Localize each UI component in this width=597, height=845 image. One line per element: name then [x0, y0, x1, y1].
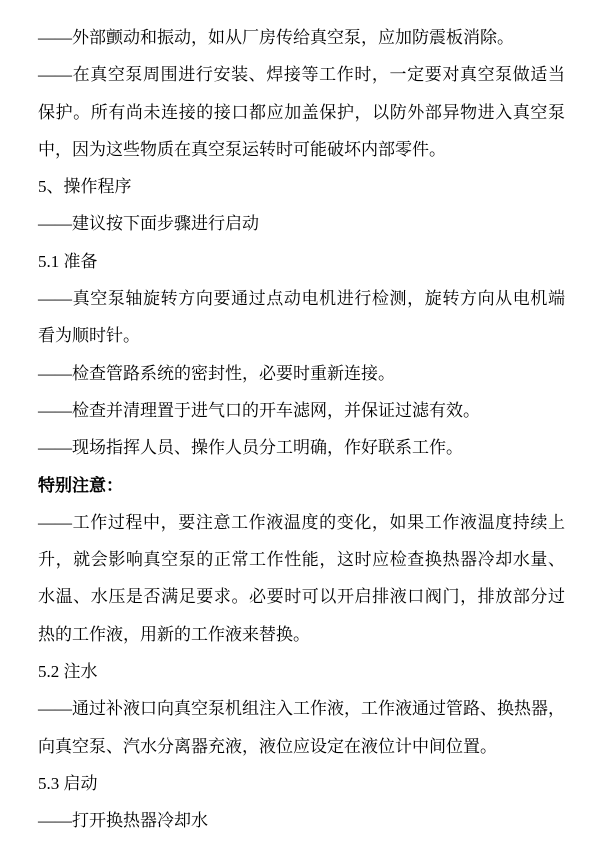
paragraph-rotation-check: ——真空泵轴旋转方向要通过点动电机进行检测，旋转方向从电机端 看为顺时针。 — [38, 280, 565, 355]
text-line: ——工作过程中，要注意工作液温度的变化，如果工作液温度持续上 — [38, 504, 565, 541]
text-line: ——在真空泵周围进行安装、焊接等工作时，一定要对真空泵做适当 — [38, 56, 565, 93]
text-line: ——外部颤动和振动，如从厂房传给真空泵，应加防震板消除。 — [38, 19, 565, 56]
section-heading-operating-procedure: 5、操作程序 — [38, 168, 565, 205]
bold-note-special-attention: 特别注意： — [38, 467, 565, 504]
text-line: ——检查管路系统的密封性，必要时重新连接。 — [38, 355, 565, 392]
text-line: ——真空泵轴旋转方向要通过点动电机进行检测，旋转方向从电机端 — [38, 280, 565, 317]
text-line: 5.1 准备 — [38, 243, 565, 280]
paragraph-liquid-filling: ——通过补液口向真空泵机组注入工作液，工作液通过管路、换热器， 向真空泵、汽水分… — [38, 690, 565, 765]
paragraph-vibration-isolation: ——外部颤动和振动，如从厂房传给真空泵，应加防震板消除。 — [38, 19, 565, 56]
subsection-heading-water-filling: 5.2 注水 — [38, 653, 565, 690]
subsection-heading-startup: 5.3 启动 — [38, 765, 565, 802]
paragraph-inlet-filter-check: ——检查并清理置于进气口的开车滤网，并保证过滤有效。 — [38, 392, 565, 429]
text-line: 水温、水压是否满足要求。必要时可以开启排液口阀门，排放部分过 — [38, 578, 565, 615]
text-line: 升，就会影响真空泵的正常工作性能，这时应检查换热器冷却水量、 — [38, 541, 565, 578]
text-line: 5.3 启动 — [38, 765, 565, 802]
text-line: 向真空泵、汽水分离器充液，液位应设定在液位计中间位置。 — [38, 728, 565, 765]
document-page: ——外部颤动和振动，如从厂房传给真空泵，应加防震板消除。 ——在真空泵周围进行安… — [0, 0, 597, 845]
text-line: 特别注意： — [38, 467, 565, 504]
text-line: 5.2 注水 — [38, 653, 565, 690]
text-line: 看为顺时针。 — [38, 317, 565, 354]
paragraph-startup-steps-intro: ——建议按下面步骤进行启动 — [38, 205, 565, 242]
text-line: ——打开换热器冷却水 — [38, 802, 565, 839]
paragraph-liquid-temperature-warning: ——工作过程中，要注意工作液温度的变化，如果工作液温度持续上 升，就会影响真空泵… — [38, 504, 565, 653]
text-line: ——通过补液口向真空泵机组注入工作液，工作液通过管路、换热器， — [38, 690, 565, 727]
text-line: 热的工作液，用新的工作液来替换。 — [38, 616, 565, 653]
paragraph-personnel-coordination: ——现场指挥人员、操作人员分工明确，作好联系工作。 — [38, 429, 565, 466]
text-line: ——建议按下面步骤进行启动 — [38, 205, 565, 242]
paragraph-open-cooling-water: ——打开换热器冷却水 — [38, 802, 565, 839]
paragraph-welding-protection: ——在真空泵周围进行安装、焊接等工作时，一定要对真空泵做适当 保护。所有尚未连接… — [38, 56, 565, 168]
text-line: 中，因为这些物质在真空泵运转时可能破坏内部零件。 — [38, 131, 565, 168]
text-line: 保护。所有尚未连接的接口都应加盖保护，以防外部异物进入真空泵 — [38, 94, 565, 131]
document-body: ——外部颤动和振动，如从厂房传给真空泵，应加防震板消除。 ——在真空泵周围进行安… — [38, 19, 565, 840]
paragraph-pipeline-seal-check: ——检查管路系统的密封性，必要时重新连接。 — [38, 355, 565, 392]
text-line: ——检查并清理置于进气口的开车滤网，并保证过滤有效。 — [38, 392, 565, 429]
subsection-heading-preparation: 5.1 准备 — [38, 243, 565, 280]
text-line: ——现场指挥人员、操作人员分工明确，作好联系工作。 — [38, 429, 565, 466]
text-line: 5、操作程序 — [38, 168, 565, 205]
